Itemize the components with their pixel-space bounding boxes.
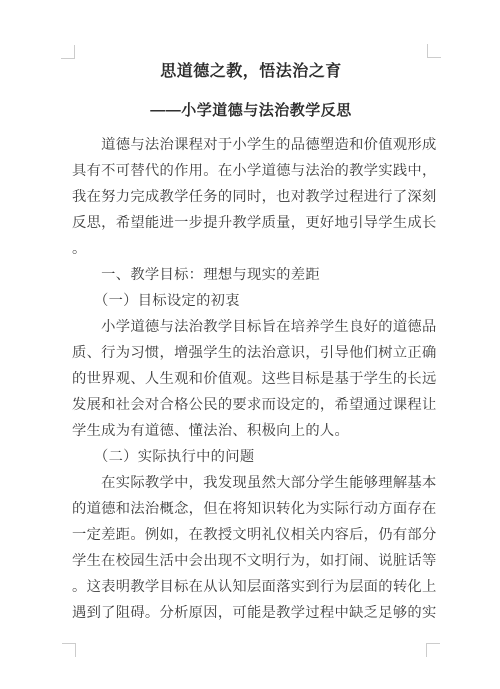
document-line: 反思，希望能进一步提升教学质量，更好地引导学生成长 <box>72 210 430 236</box>
document-line: 发展和社会对合格公民的要求而设定的，希望通过课程让 <box>72 392 430 418</box>
document-title: 思道德之教，悟法治之育 <box>72 58 430 86</box>
section-heading: （二）实际执行中的问题 <box>72 444 430 470</box>
document-line: 遇到了阻碍。分析原因，可能是教学过程中缺乏足够的实 <box>72 600 430 626</box>
document-line: 的道德和法治概念，但在将知识转化为实际行动方面存在 <box>72 496 430 522</box>
document-line: 。这表明教学目标在从认知层面落实到行为层面的转化上 <box>72 574 430 600</box>
document-line: 学生成为有道德、懂法治、积极向上的人。 <box>72 418 430 444</box>
margin-crop-mark-bottom-right <box>426 643 440 657</box>
document-line: 在实际教学中，我发现虽然大部分学生能够理解基本 <box>72 470 430 496</box>
document-line: 的世界观、人生观和价值观。这些目标是基于学生的长远 <box>72 366 430 392</box>
section-heading: （一）目标设定的初衷 <box>72 288 430 314</box>
document-line: 小学道德与法治教学目标旨在培养学生良好的道德品 <box>72 314 430 340</box>
document-line: 我在努力完成教学任务的同时，也对教学过程进行了深刻 <box>72 184 430 210</box>
document-content: 思道德之教，悟法治之育 ——小学道德与法治教学反思 道德与法治课程对于小学生的品… <box>72 58 430 626</box>
document-page: 思道德之教，悟法治之育 ——小学道德与法治教学反思 道德与法治课程对于小学生的品… <box>0 0 500 689</box>
document-line: 具有不可替代的作用。在小学道德与法治的教学实践中， <box>72 158 430 184</box>
margin-crop-mark-top-left <box>61 45 75 59</box>
document-body: 道德与法治课程对于小学生的品德塑造和价值观形成具有不可替代的作用。在小学道德与法… <box>72 132 430 626</box>
document-subtitle: ——小学道德与法治教学反思 <box>72 98 430 124</box>
document-line: 一定差距。例如，在教授文明礼仪相关内容后，仍有部分 <box>72 522 430 548</box>
section-heading: 一、教学目标：理想与现实的差距 <box>72 262 430 288</box>
document-line: 。 <box>72 236 430 262</box>
margin-crop-mark-top-right <box>427 44 441 58</box>
document-line: 学生在校园生活中会出现不文明行为，如打闹、说脏话等 <box>72 548 430 574</box>
document-line: 道德与法治课程对于小学生的品德塑造和价值观形成 <box>72 132 430 158</box>
margin-crop-mark-bottom-left <box>62 643 76 657</box>
document-line: 质、行为习惯，增强学生的法治意识，引导他们树立正确 <box>72 340 430 366</box>
